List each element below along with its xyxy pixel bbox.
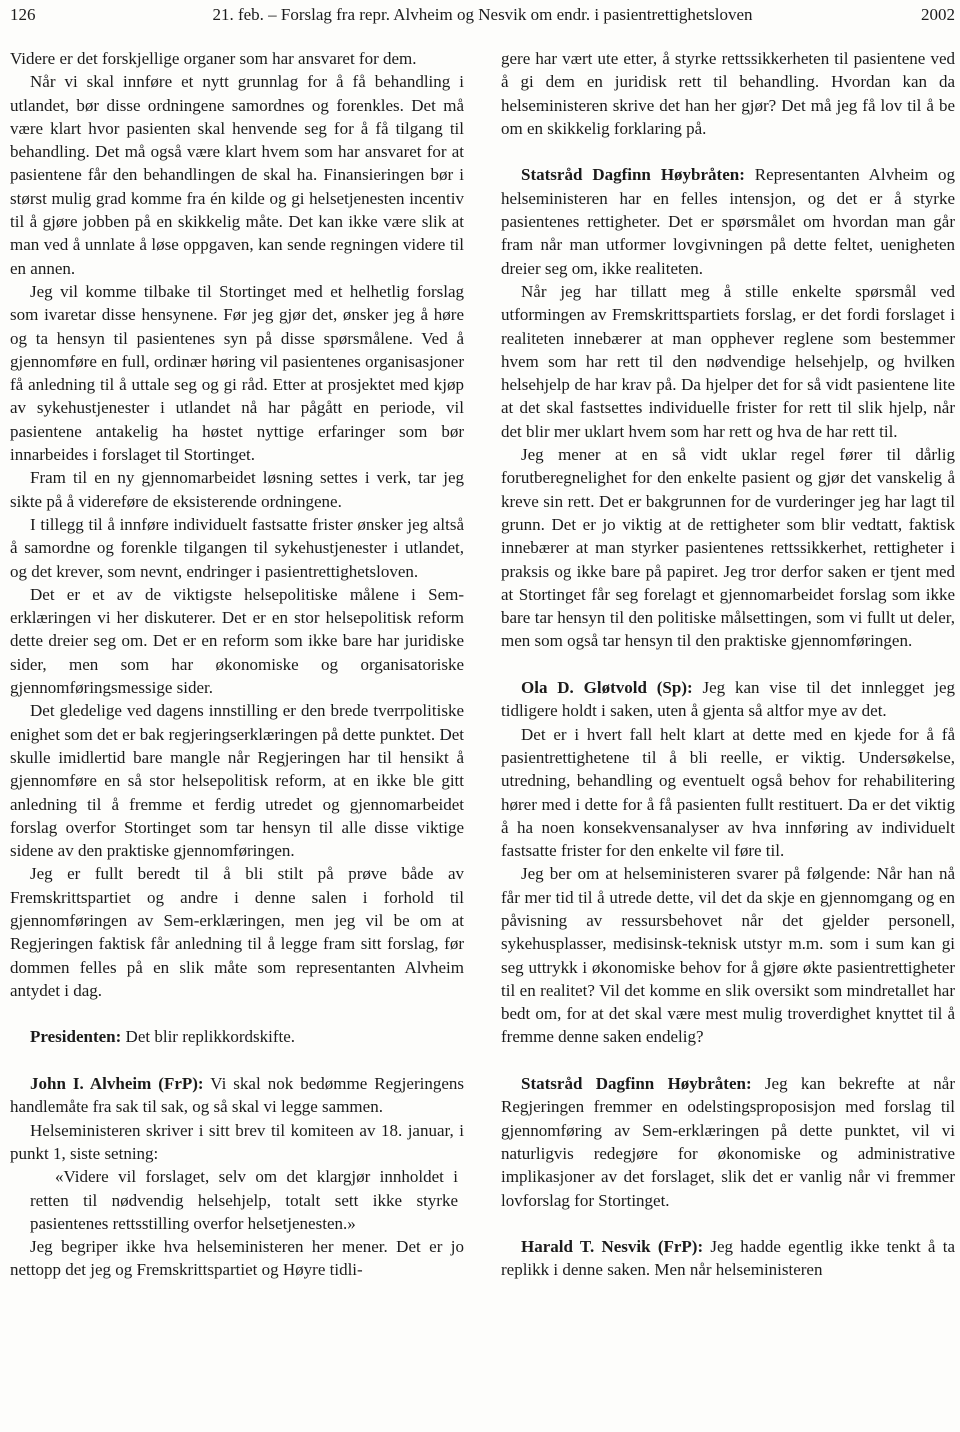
paragraph: Jeg ber om at helseministeren svarer på … bbox=[501, 862, 955, 1048]
paragraph: Jeg er fullt beredt til å bli stilt på p… bbox=[10, 862, 464, 1002]
text-column-left: Videre er det forskjellige organer som h… bbox=[10, 47, 464, 1282]
paragraph: Helseministeren skriver i sitt brev til … bbox=[10, 1119, 464, 1166]
text-column-right: gere har vært ute etter, å styrke rettss… bbox=[501, 47, 955, 1282]
document-page: 126 21. feb. – Forslag fra repr. Alvheim… bbox=[0, 0, 960, 1432]
speaker-paragraph: Statsråd Dagfinn Høybråten: Representant… bbox=[501, 163, 955, 279]
paragraph: Videre er det forskjellige organer som h… bbox=[10, 47, 464, 70]
speaker-paragraph: Harald T. Nesvik (FrP): Jeg hadde egentl… bbox=[501, 1235, 955, 1282]
page-number: 126 bbox=[10, 4, 140, 26]
header-title: 21. feb. – Forslag fra repr. Alvheim og … bbox=[140, 4, 825, 26]
paragraph: I tillegg til å innføre individuelt fast… bbox=[10, 513, 464, 583]
speaker-paragraph: John I. Alvheim (FrP): Vi skal nok bedøm… bbox=[10, 1072, 464, 1119]
speaker-name: Presidenten: bbox=[30, 1027, 121, 1046]
speaker-text: Det blir replikkordskifte. bbox=[121, 1027, 295, 1046]
paragraph: Når vi skal innføre et nytt grunnlag for… bbox=[10, 70, 464, 280]
speaker-name: Harald T. Nesvik (FrP): bbox=[521, 1237, 703, 1256]
speaker-name: John I. Alvheim (FrP): bbox=[30, 1074, 204, 1093]
paragraph: Det er et av de viktigste helsepolitiske… bbox=[10, 583, 464, 699]
paragraph: Det gledelige ved dagens innstilling er … bbox=[10, 699, 464, 862]
speaker-name: Statsråd Dagfinn Høybråten: bbox=[521, 1074, 752, 1093]
speaker-name: Ola D. Gløtvold (Sp): bbox=[521, 678, 693, 697]
paragraph: Fram til en ny gjennomarbeidet løsning s… bbox=[10, 466, 464, 513]
paragraph: Det er i hvert fall helt klart at dette … bbox=[501, 723, 955, 863]
header-year: 2002 bbox=[825, 4, 955, 26]
running-header: 126 21. feb. – Forslag fra repr. Alvheim… bbox=[10, 4, 955, 26]
paragraph: Jeg mener at en så vidt uklar regel føre… bbox=[501, 443, 955, 653]
speaker-paragraph: Ola D. Gløtvold (Sp): Jeg kan vise til d… bbox=[501, 676, 955, 723]
paragraph: Jeg begriper ikke hva helseministeren he… bbox=[10, 1235, 464, 1282]
speaker-name: Statsråd Dagfinn Høybråten: bbox=[521, 165, 745, 184]
speaker-paragraph: Statsråd Dagfinn Høybråten: Jeg kan bekr… bbox=[501, 1072, 955, 1212]
paragraph: Jeg vil komme tilbake til Stortinget med… bbox=[10, 280, 464, 466]
quote-paragraph: «Videre vil forslaget, selv om det klarg… bbox=[30, 1165, 458, 1235]
speaker-text: Jeg kan bekrefte at når Regjeringen frem… bbox=[501, 1074, 955, 1209]
paragraph: gere har vært ute etter, å styrke rettss… bbox=[501, 47, 955, 140]
paragraph: Når jeg har tillatt meg å stille enkelte… bbox=[501, 280, 955, 443]
speaker-paragraph: Presidenten: Det blir replikkordskifte. bbox=[10, 1025, 464, 1048]
two-column-body: Videre er det forskjellige organer som h… bbox=[10, 47, 955, 1282]
